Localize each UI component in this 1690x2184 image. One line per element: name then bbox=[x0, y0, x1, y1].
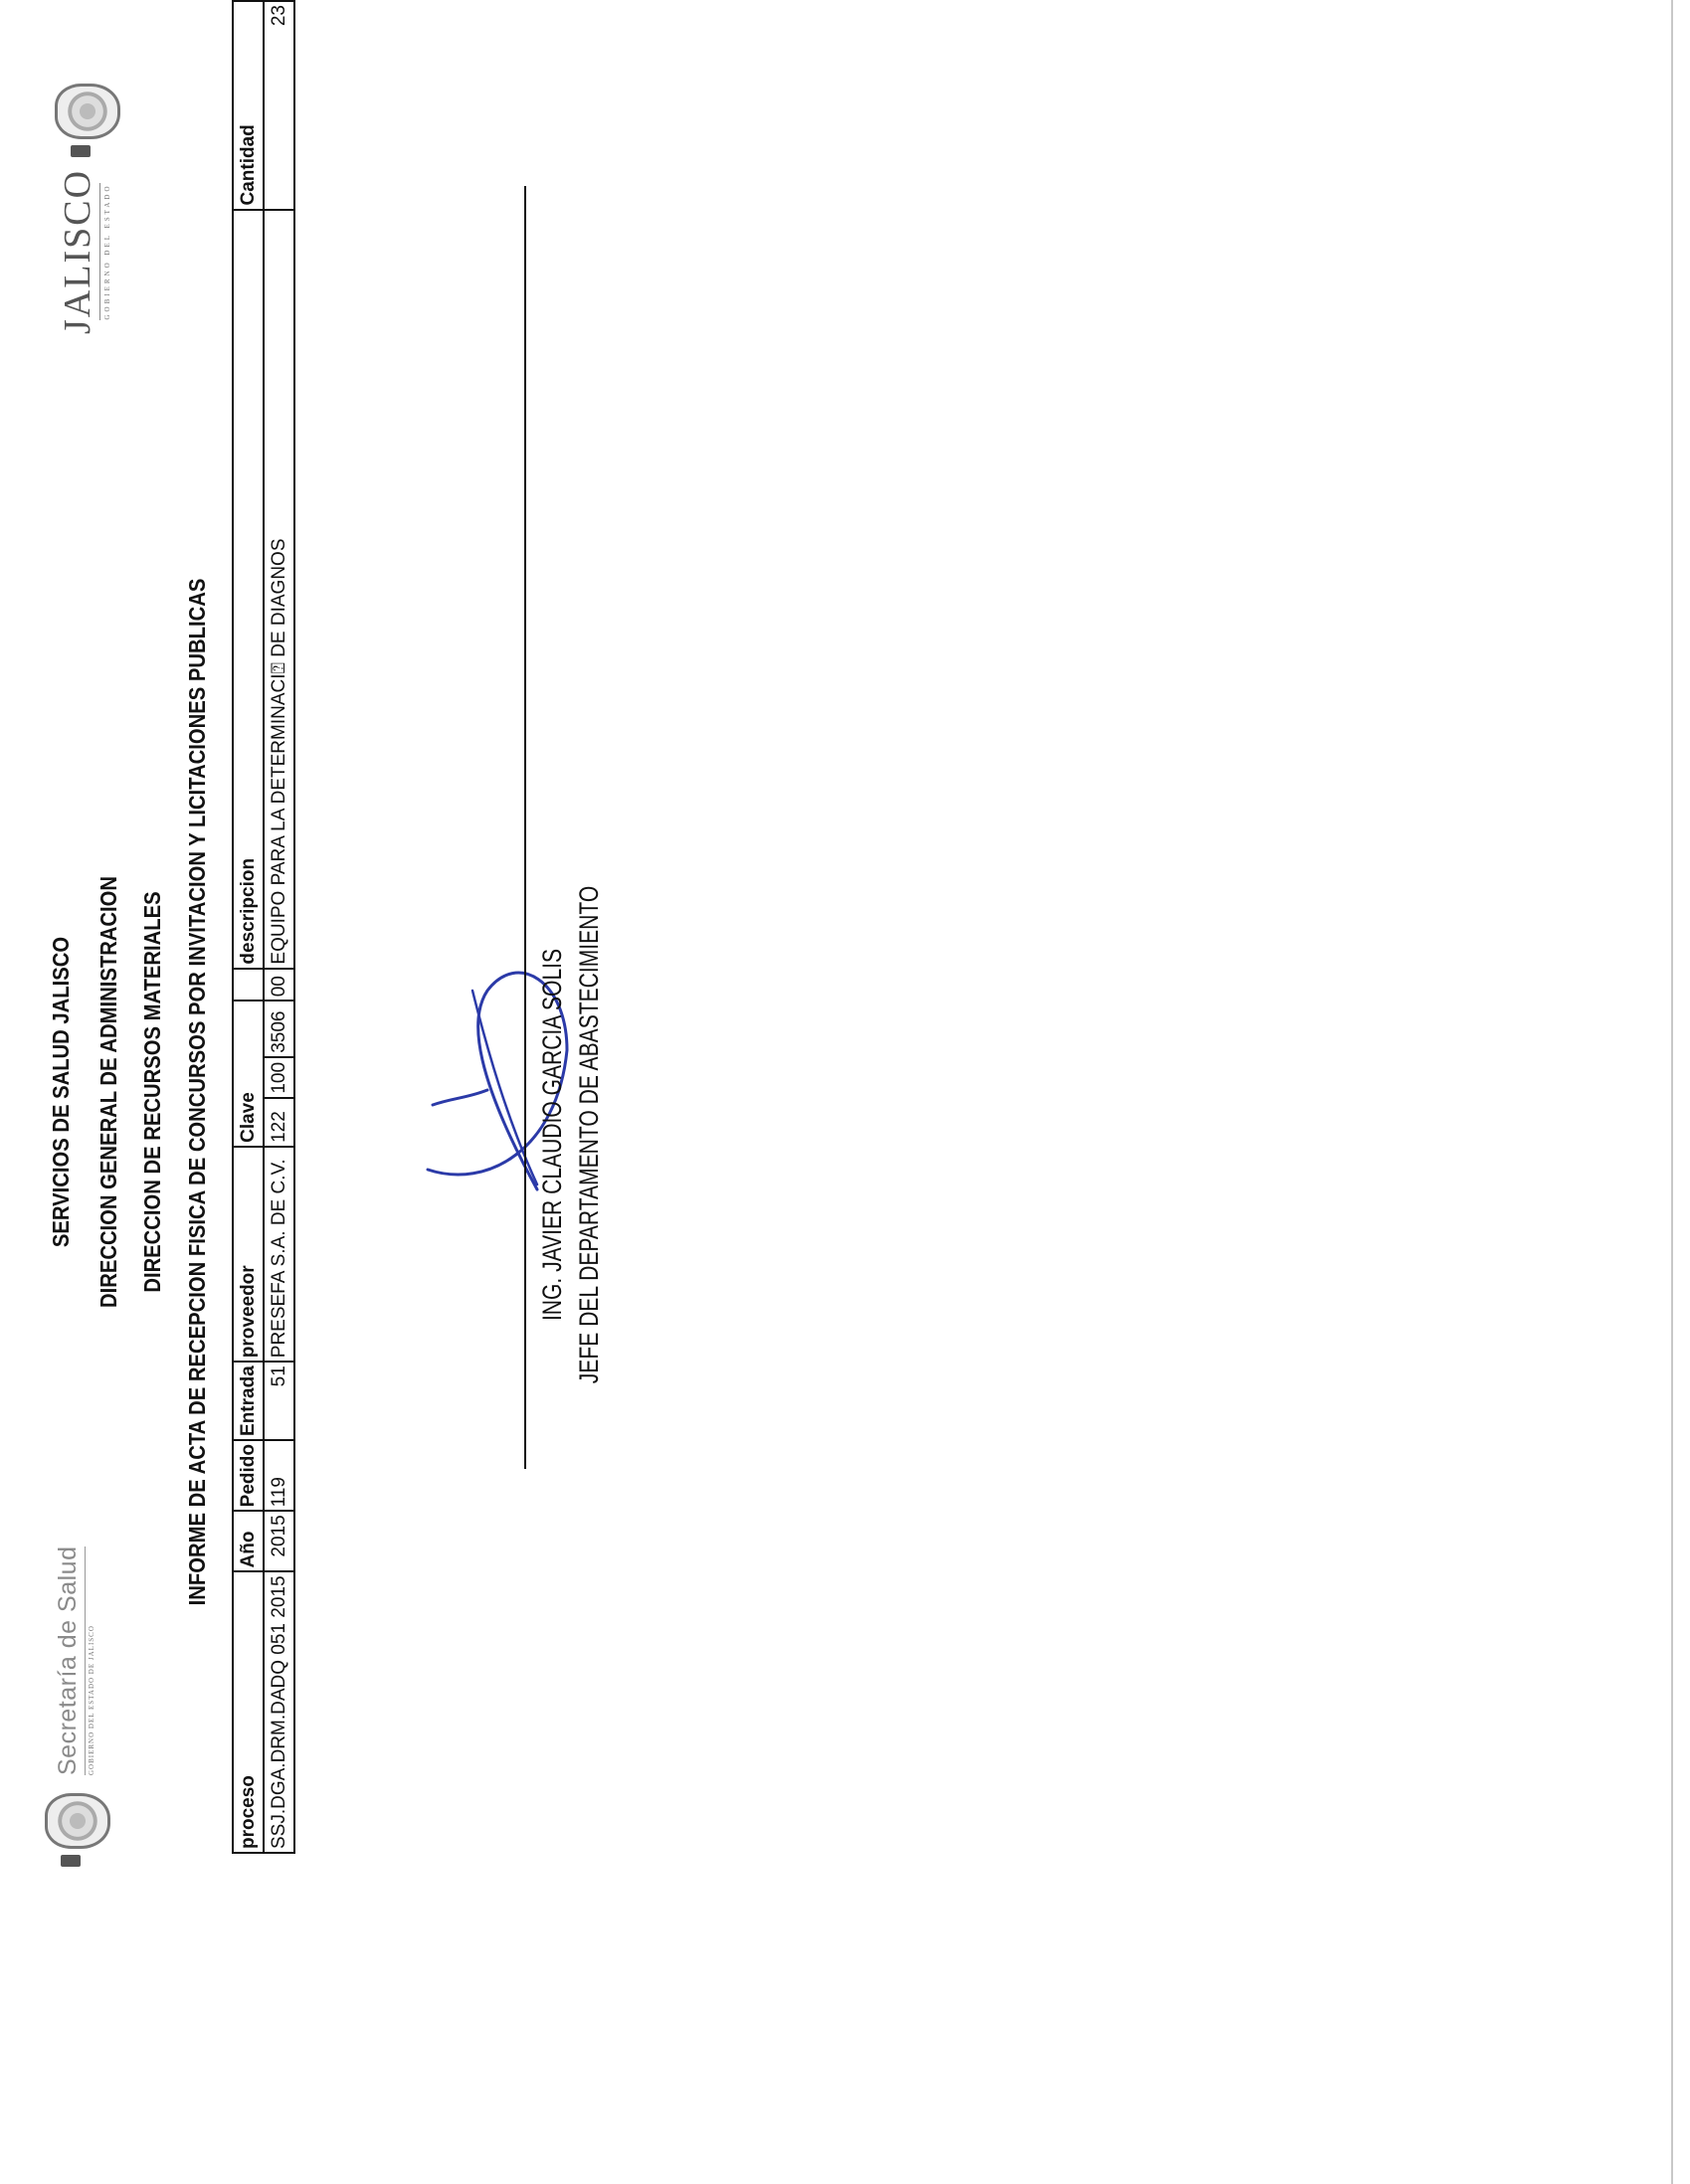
cell-anio: 2015 bbox=[264, 1511, 294, 1571]
column-header-entrada: Entrada bbox=[233, 1362, 264, 1440]
reception-report-table: proceso Año Pedido Entrada proveedor Cla… bbox=[232, 0, 295, 1854]
rotated-document-page: Secretaría de Salud GOBIERNO DEL ESTADO … bbox=[0, 0, 1690, 2184]
cell-entrada: 51 bbox=[264, 1362, 294, 1440]
cell-proveedor: PRESEFA S.A. DE C.V. bbox=[264, 1147, 294, 1362]
cell-cantidad: 23 bbox=[264, 1, 294, 210]
column-header-cantidad: Cantidad bbox=[233, 1, 264, 210]
table-header-row: proceso Año Pedido Entrada proveedor Cla… bbox=[233, 1, 264, 1853]
signer-name: ING. JAVIER CLAUDIO GARCIA SOLIS bbox=[537, 859, 568, 1410]
column-header-descripcion: descripcion bbox=[233, 210, 264, 969]
cell-clave-generic: 100 bbox=[264, 1057, 294, 1098]
column-header-clave: Clave bbox=[233, 1001, 264, 1147]
heading-general-direction: DIRECCION GENERAL DE ADMINISTRACION bbox=[97, 131, 120, 2053]
heading-report-title: INFORME DE ACTA DE RECEPCION FISICA DE C… bbox=[186, 131, 209, 2053]
logo-left-subtitle: GOBIERNO DEL ESTADO DE JALISCO bbox=[85, 1547, 95, 1775]
cell-descripcion: EQUIPO PARA LA DETERMINACI⍰ DE DIAGNOS bbox=[264, 210, 294, 969]
cell-pedido: 119 bbox=[264, 1440, 294, 1511]
column-header-pedido: Pedido bbox=[233, 1440, 264, 1511]
cell-clave-variant: 00 bbox=[264, 969, 294, 1001]
column-header-proceso: proceso bbox=[233, 1571, 264, 1853]
signature-line bbox=[524, 186, 526, 1469]
cell-proceso: SSJ.DGA.DRM.DADQ 051 2015 bbox=[264, 1571, 294, 1853]
column-header-blank bbox=[233, 969, 264, 1001]
table-row: SSJ.DGA.DRM.DADQ 051 2015 2015 119 51 PR… bbox=[264, 1, 294, 1853]
scan-edge-divider bbox=[1671, 0, 1673, 2184]
cell-clave-group: 122 bbox=[264, 1098, 294, 1147]
heading-direction: DIRECCION DE RECURSOS MATERIALES bbox=[141, 131, 164, 2053]
column-header-anio: Año bbox=[233, 1511, 264, 1571]
column-header-proveedor: proveedor bbox=[233, 1147, 264, 1362]
signer-title: JEFE DEL DEPARTAMENTO DE ABASTECIMIENTO bbox=[574, 859, 605, 1410]
cell-clave-specific: 3506 bbox=[264, 1001, 294, 1057]
heading-organization: SERVICIOS DE SALUD JALISCO bbox=[50, 131, 73, 2053]
